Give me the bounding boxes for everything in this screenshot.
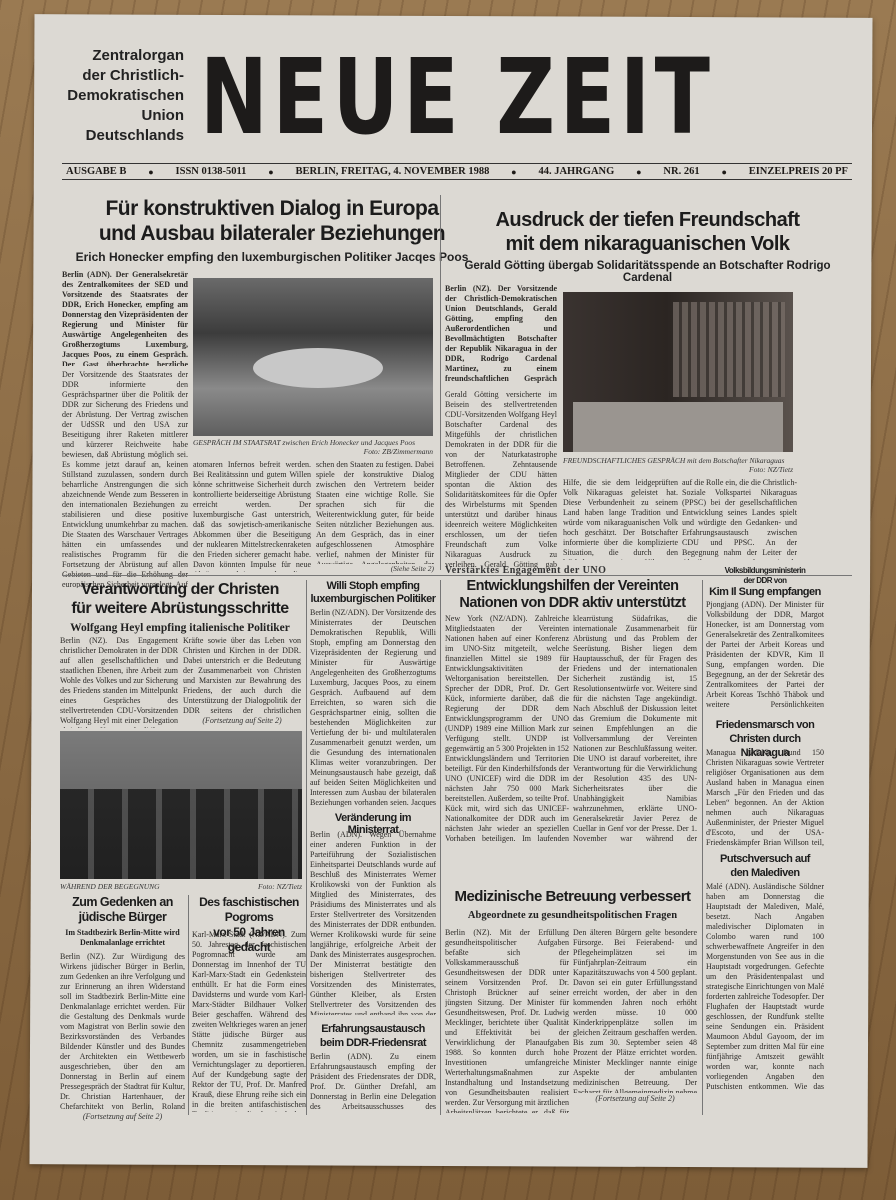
headline-line: Des faschistischen Pogroms xyxy=(192,895,306,925)
heyl-subhead: Wolfgang Heyl empfing italienische Polit… xyxy=(60,622,300,634)
honecker-headline: Für konstruktiven Dialog in Europa und A… xyxy=(62,196,482,246)
tagline-line: der Christlich- xyxy=(54,66,184,86)
headline-line: jüdische Bürger xyxy=(60,910,185,925)
headline-line: Zum Gedenken an xyxy=(60,895,185,910)
nicaragua-lead: Berlin (NZ). Der Vorsitzende der Christl… xyxy=(445,284,557,384)
kdvr-body: Pjongjang (ADN). Der Minister für Volksb… xyxy=(706,600,824,710)
headline-line: und Ausbau bilateraler Beziehungen xyxy=(62,221,482,246)
headline-line: für weitere Abrüstungsschritte xyxy=(60,599,300,618)
friedensrat-headline: Erfahrungsaustausch beim DDR-Friedensrat xyxy=(310,1022,436,1050)
heyl-headline: Verantwortung der Christen für weitere A… xyxy=(60,580,300,618)
stoph-headline: Willi Stoph empfing luxemburgischen Poli… xyxy=(310,580,436,606)
desk-shape xyxy=(573,402,783,452)
publisher-tagline: Zentralorgan der Christlich- Demokratisc… xyxy=(54,46,184,146)
headline-line: luxemburgischen Politiker xyxy=(310,593,436,606)
honecker-continued: (Siehe Seite 2) xyxy=(316,564,434,573)
ministerrat-body: Berlin (ADN). Wegen Übernahme einer ande… xyxy=(310,830,436,1015)
malediven-body: Malé (ADN). Ausländische Söldner haben a… xyxy=(706,882,824,1092)
medizin-body-col2: Den älteren Bürgern gelte besondere Fürs… xyxy=(573,928,697,1093)
issue-info-bar: AUSGABE B ● ISSN 0138-5011 ● BERLIN, FRE… xyxy=(62,163,852,180)
uno-kicker: Verstärktes Engagement der UNO xyxy=(445,565,700,576)
uno-body-col1: New York (NZ/ADN). Zahlreiche Mitgliedst… xyxy=(445,614,569,844)
heyl-photo-credit: Foto: NZ/Tietz xyxy=(200,882,302,891)
friedensrat-body: Berlin (ADN). Zu einem Erfahrungsaustaus… xyxy=(310,1052,436,1112)
nicaragua-photo-credit: Foto: NZ/Tietz xyxy=(563,465,793,474)
nicaragua-photo xyxy=(563,292,793,452)
heyl-body-col2: Kräfte sowie über das Leben von Christen… xyxy=(183,636,301,714)
nicaragua-body-col1: Gerald Götting versicherte im Beisein de… xyxy=(445,390,557,570)
edition-label: AUSGABE B xyxy=(66,166,126,177)
gedenken-headline: Zum Gedenken an jüdische Bürger xyxy=(60,895,185,925)
heyl-body-col1: Berlin (NZ). Das Engagement christlicher… xyxy=(60,636,178,728)
medizin-body-col1: Berlin (NZ). Mit der Erfüllung gesundhei… xyxy=(445,928,569,1113)
headline-line: mit dem nikaraguanischen Volk xyxy=(445,232,850,256)
bullet-icon: ● xyxy=(148,167,153,177)
gedenken-continued: (Fortsetzung auf Seite 2) xyxy=(60,1112,185,1121)
headline-line: der DDR von xyxy=(706,576,824,586)
issn-label: ISSN 0138-5011 xyxy=(176,166,247,177)
bullet-icon: ● xyxy=(721,167,726,177)
nicaragua-body-col3: auf die Rolle ein, die die Christlich-So… xyxy=(682,478,797,560)
bookshelf-shape xyxy=(673,302,785,397)
friedensmarsch-body: Managua (ADN). Rund 150 Christen Nikarag… xyxy=(706,748,824,848)
honecker-photo-credit: Foto: ZB/Zimmermann xyxy=(193,447,433,456)
bullet-icon: ● xyxy=(268,167,273,177)
gedenken-subhead: Im Stadtbezirk Berlin-Mitte wird Denkmal… xyxy=(60,928,185,948)
bullet-icon: ● xyxy=(636,167,641,177)
headline-line: Erfahrungsaustausch xyxy=(310,1022,436,1036)
conference-table-shape xyxy=(253,348,383,388)
headline-line: Nationen von DDR aktiv unterstützt xyxy=(445,595,700,612)
nicaragua-photo-caption: FREUNDSCHAFTLICHES GESPRÄCH mit dem Bots… xyxy=(563,456,793,465)
group-of-men-shape xyxy=(60,789,302,879)
gedenken-body: Berlin (NZ). Zur Würdigung des Wirkens j… xyxy=(60,952,185,1110)
malediven-headline: Putschversuch auf den Malediven xyxy=(706,852,824,880)
column-divider xyxy=(702,580,703,1115)
headline-line: den Malediven xyxy=(706,866,824,880)
uno-headline: Entwicklungshilfen der Vereinten Natione… xyxy=(445,578,700,612)
uno-body-col2: klearrüstung Südafrikas, die internation… xyxy=(573,614,697,844)
bullet-icon: ● xyxy=(511,167,516,177)
honecker-body-col2: atomaren Infernos befreit werden. Bei Re… xyxy=(193,460,311,572)
headline-line: Volksbildungsministerin xyxy=(706,566,824,576)
issue-number: NR. 261 xyxy=(663,166,699,177)
medizin-subhead: Abgeordnete zu gesundheitspolitischen Fr… xyxy=(445,910,700,921)
medizin-continued: (Fortsetzung auf Seite 2) xyxy=(573,1094,697,1103)
heyl-photo xyxy=(60,731,302,879)
column-divider xyxy=(306,580,307,1115)
heyl-photo-caption: WÄHREND DER BEGEGNUNG xyxy=(60,882,210,891)
headline-line: Verantwortung der Christen xyxy=(60,580,300,599)
headline-line: Ausdruck der tiefen Freundschaft xyxy=(445,208,850,232)
tagline-line: Demokratischen xyxy=(54,86,184,106)
honecker-subhead: Erich Honecker empfing den luxemburgisch… xyxy=(62,250,482,264)
dateline: BERLIN, FREITAG, 4. NOVEMBER 1988 xyxy=(296,166,490,177)
honecker-lead: Berlin (ADN). Der Generalsekretär des Ze… xyxy=(62,270,188,366)
headline-line: beim DDR-Friedensrat xyxy=(310,1036,436,1050)
medizin-headline: Medizinische Betreuung verbessert xyxy=(445,888,700,905)
honecker-photo xyxy=(193,278,433,436)
stoph-body: Berlin (NZ/ADN). Der Vorsitzende des Min… xyxy=(310,608,436,808)
column-divider xyxy=(440,195,441,570)
nicaragua-body-col2: Hilfe, die sie dem leidgeprüften Volk Ni… xyxy=(563,478,678,560)
honecker-body-col1: Der Vorsitzende des Staatsrates der DDR … xyxy=(62,370,188,588)
volume-label: 44. JAHRGANG xyxy=(538,166,614,177)
newspaper-title: NEUE ZEIT xyxy=(200,42,715,152)
honecker-body-col3: schen den Staaten zu festigen. Dabei spi… xyxy=(316,460,434,564)
headline-line: Putschversuch auf xyxy=(706,852,824,866)
headline-line: Entwicklungshilfen der Vereinten xyxy=(445,578,700,595)
headline-line: Friedensmarsch von xyxy=(706,718,824,732)
column-divider xyxy=(188,895,189,1115)
pogrom-body: Karl-Marx-Stadt (NZ/ADN). Zum 50. Jahres… xyxy=(192,930,306,1112)
tagline-line: Deutschlands xyxy=(54,126,184,146)
headline-line: Kim Il Sung empfangen xyxy=(706,586,824,599)
honecker-photo-caption: GESPRÄCH IM STAATSRAT zwischen Erich Hon… xyxy=(193,438,433,447)
tagline-line: Zentralorgan xyxy=(54,46,184,66)
nicaragua-headline: Ausdruck der tiefen Freundschaft mit dem… xyxy=(445,208,850,256)
column-divider xyxy=(440,580,441,1115)
headline-line: Für konstruktiven Dialog in Europa xyxy=(62,196,482,221)
price-label: EINZELPREIS 20 PF xyxy=(749,166,848,177)
nicaragua-subhead: Gerald Götting übergab Solidaritätsspend… xyxy=(445,260,850,284)
headline-line: Willi Stoph empfing xyxy=(310,580,436,593)
kdvr-headline: Volksbildungsministerin der DDR von Kim … xyxy=(706,566,824,599)
heyl-continued: (Fortsetzung auf Seite 2) xyxy=(183,716,301,725)
tagline-line: Union xyxy=(54,106,184,126)
